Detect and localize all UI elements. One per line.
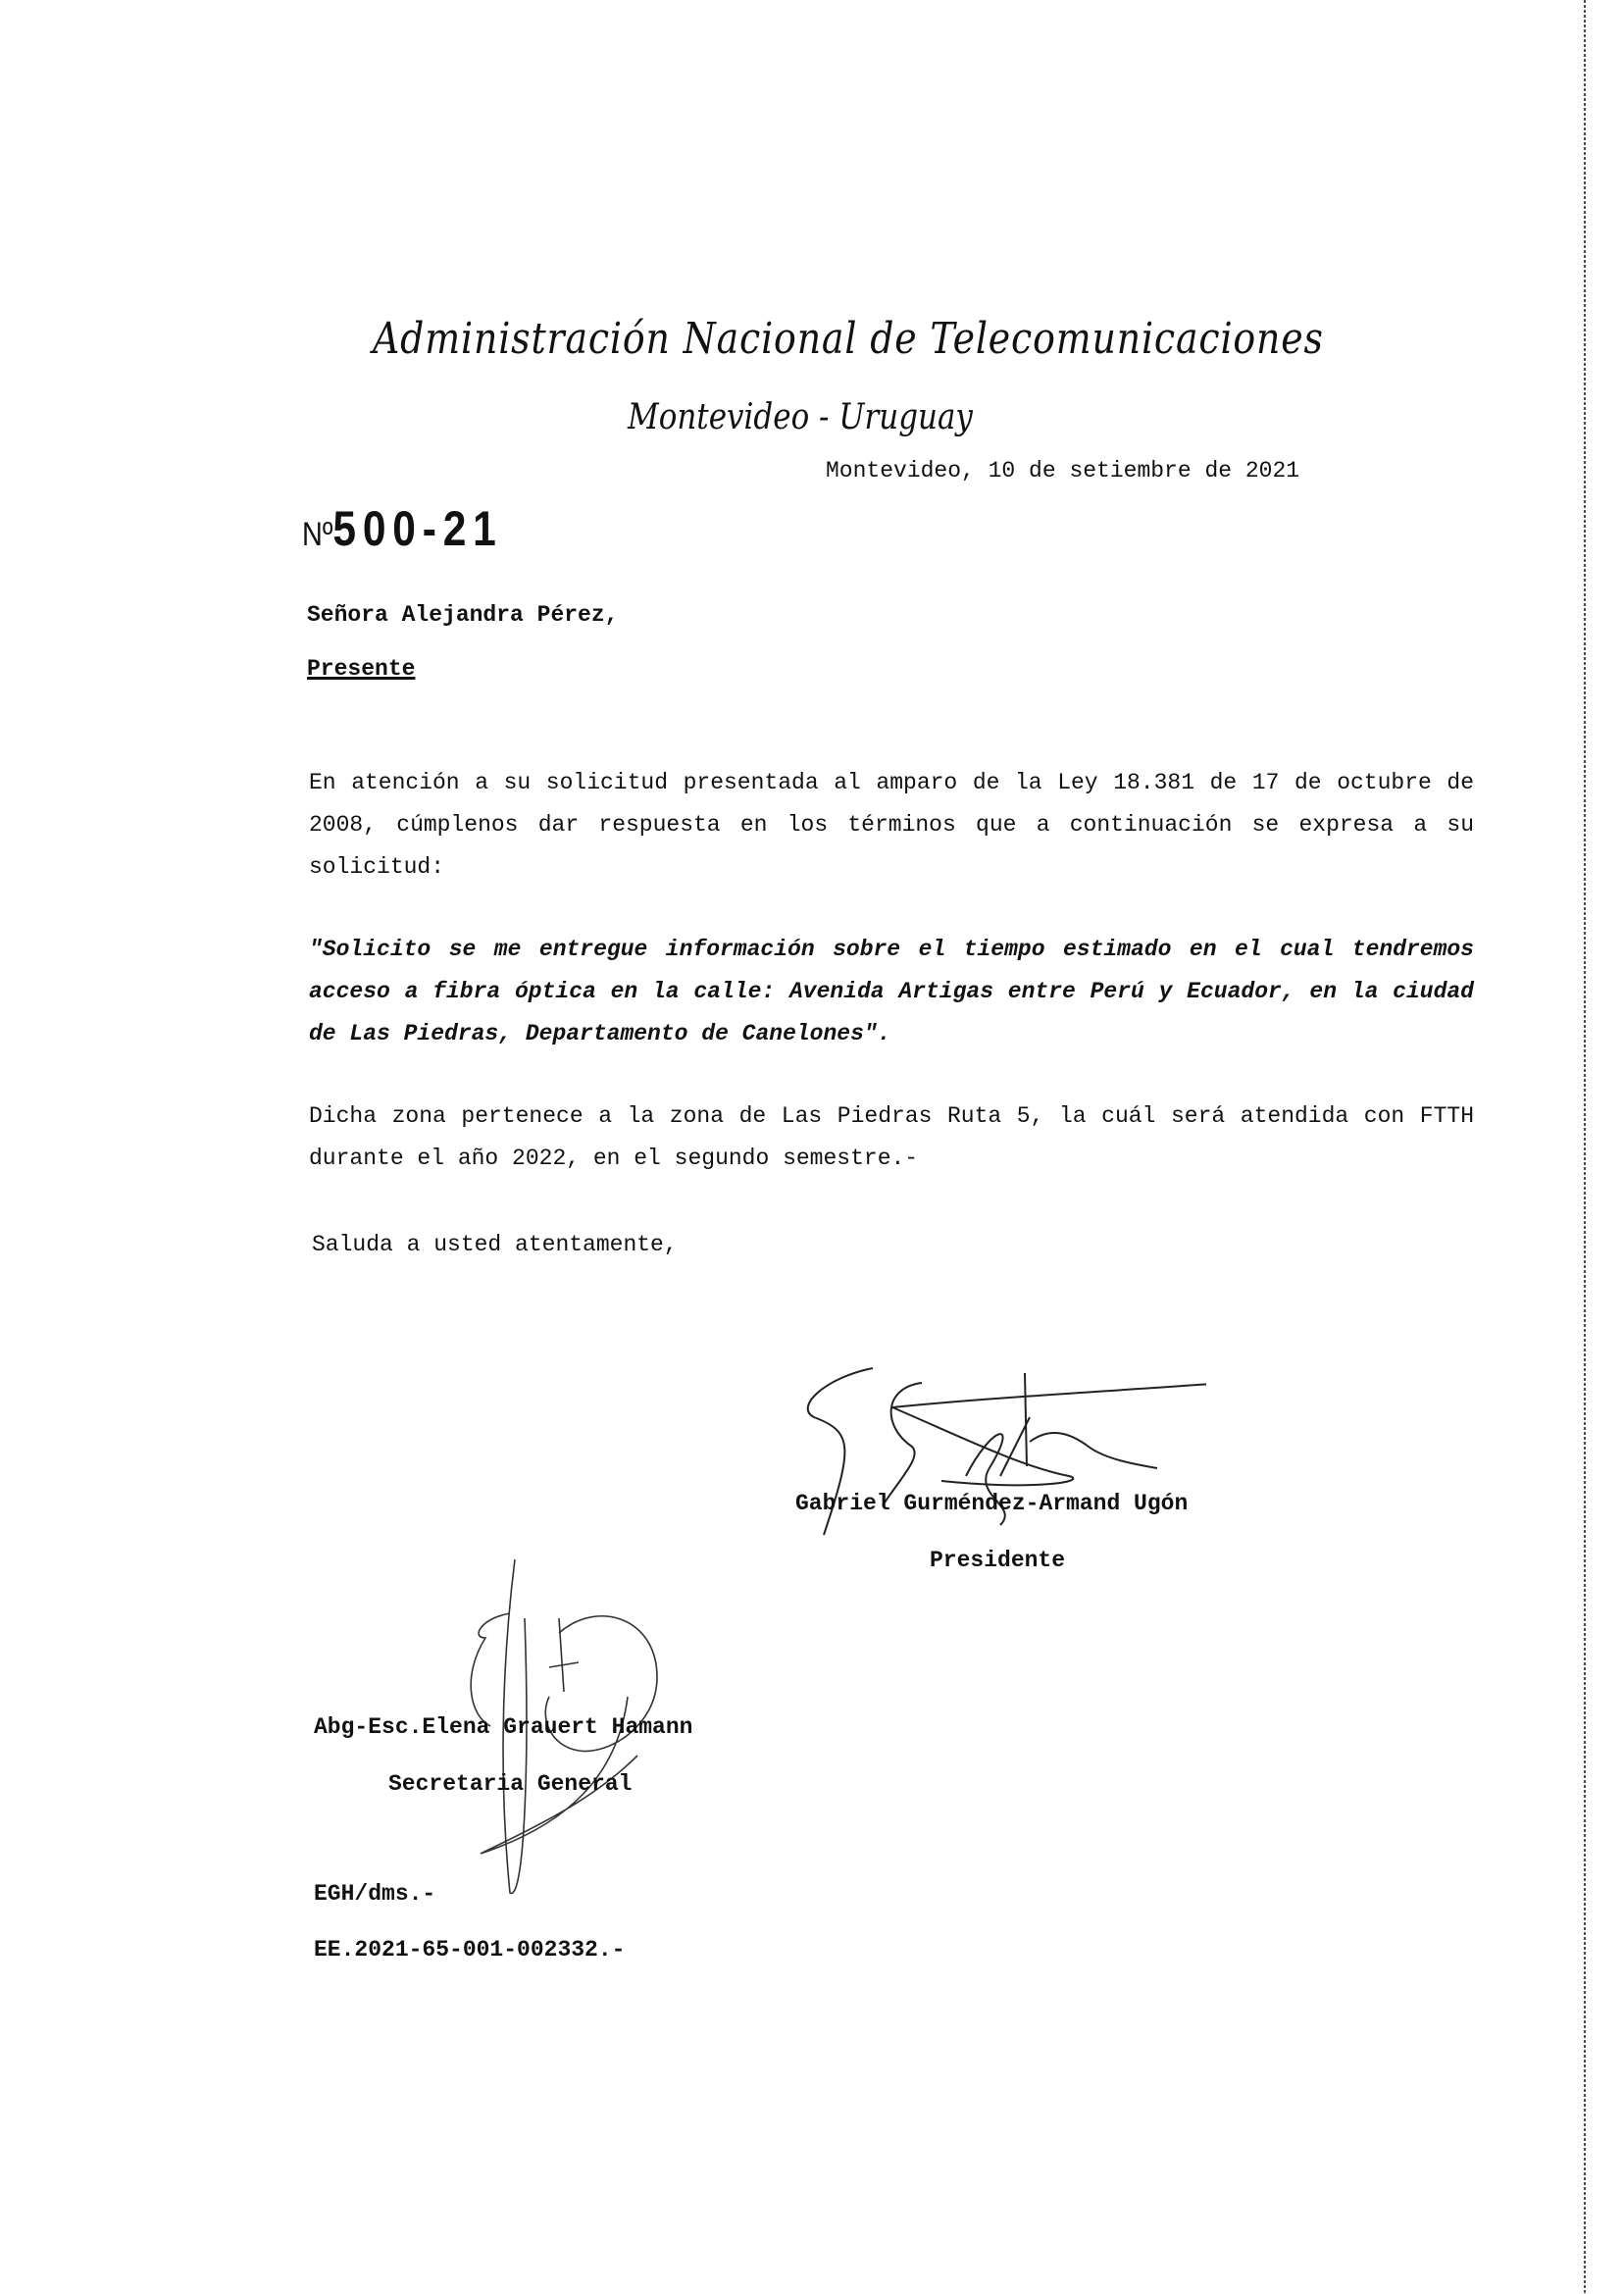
reference-initials: EGH/dms.- xyxy=(314,1881,435,1907)
document-number-value: 500-21 xyxy=(332,501,502,556)
letterhead-subtitle: Montevideo - Uruguay xyxy=(628,397,973,437)
signer-2-role: Secretaria General xyxy=(388,1771,632,1797)
signer-1-role: Presidente xyxy=(930,1548,1065,1573)
addressee: Señora Alejandra Pérez, xyxy=(307,602,618,628)
letterhead-title: Administración Nacional de Telecomunicac… xyxy=(373,314,1324,364)
signer-1-name: Gabriel Gurméndez-Armand Ugón xyxy=(795,1491,1188,1516)
document-number-prefix: Nº xyxy=(302,516,332,553)
president-signature xyxy=(794,1358,1206,1545)
closing-line: Saluda a usted atentamente, xyxy=(312,1232,678,1257)
signer-2-name: Abg-Esc.Elena Grauert Hamann xyxy=(314,1714,692,1740)
request-quote: "Solicito se me entregue información sob… xyxy=(309,929,1474,1055)
letter-date: Montevideo, 10 de setiembre de 2021 xyxy=(826,458,1299,484)
file-number: EE.2021-65-001-002332.- xyxy=(314,1937,625,1963)
body-paragraph-2: Dicha zona pertenece a la zona de Las Pi… xyxy=(309,1096,1474,1180)
presente-label: Presente xyxy=(307,656,415,682)
body-paragraph-1: En atención a su solicitud presentada al… xyxy=(309,762,1474,889)
document-number: Nº500-21 xyxy=(302,500,503,557)
scan-edge-line xyxy=(1584,0,1586,2294)
